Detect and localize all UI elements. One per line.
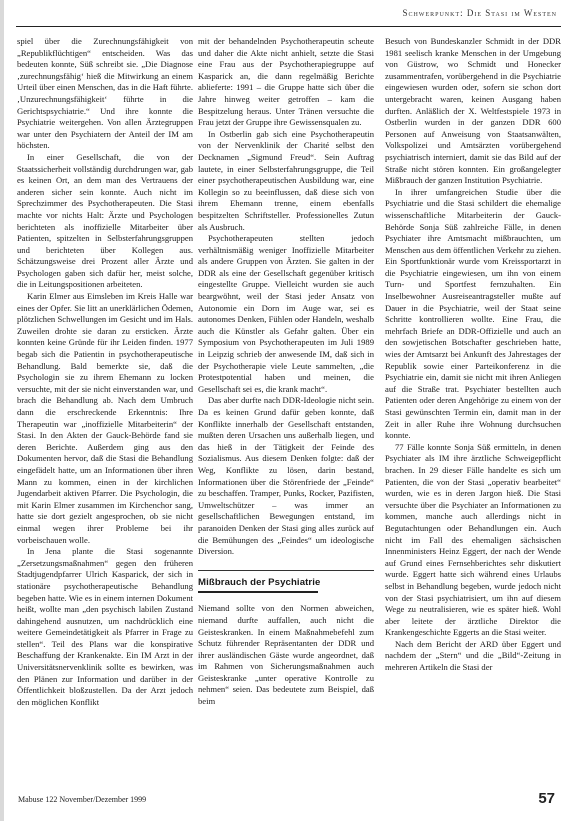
section-divider — [198, 570, 374, 571]
paragraph: In einer Gesellschaft, die von der Staat… — [17, 152, 193, 291]
header-rule — [16, 26, 561, 27]
paragraph: Das aber durfte nach DDR-Ideologie nicht… — [198, 395, 374, 557]
paragraph: Niemand sollte von den Normen abweichen,… — [198, 603, 374, 707]
column-3: Besuch von Bundeskanzler Schmidt in der … — [385, 36, 561, 674]
publication-footer: Mabuse 122 November/Dezember 1999 — [18, 795, 146, 804]
page-edge — [0, 0, 4, 821]
paragraph: Nach dem Bericht der ARD über Eggert und… — [385, 639, 561, 674]
paragraph: In Jena plante die Stasi sogenannte „Zer… — [17, 546, 193, 708]
column-2: mit der behandelnden Psychotherapeutin s… — [198, 36, 374, 708]
section-heading-underline — [198, 591, 318, 593]
column-1: spiel über die Zurechnungsfähigkeit von … — [17, 36, 193, 708]
paragraph: Besuch von Bundeskanzler Schmidt in der … — [385, 36, 561, 187]
paragraph: In Ostberlin gab sich eine Psychotherape… — [198, 129, 374, 233]
paragraph: In ihrer umfangreichen Studie über die P… — [385, 187, 561, 442]
paragraph: Karin Elmer aus Eimsleben im Kreis Halle… — [17, 291, 193, 546]
running-head: Schwerpunkt: Die Stasi im Westen — [402, 8, 557, 18]
section-heading: Mißbrauch der Psychiatrie — [198, 577, 374, 589]
paragraph: spiel über die Zurechnungsfähigkeit von … — [17, 36, 193, 152]
paragraph: Psychotherapeuten stellten jedoch verhäl… — [198, 233, 374, 395]
page-number: 57 — [538, 790, 555, 807]
paragraph: 77 Fälle konnte Sonja Süß ermitteln, in … — [385, 442, 561, 639]
paragraph: mit der behandelnden Psychotherapeutin s… — [198, 36, 374, 129]
